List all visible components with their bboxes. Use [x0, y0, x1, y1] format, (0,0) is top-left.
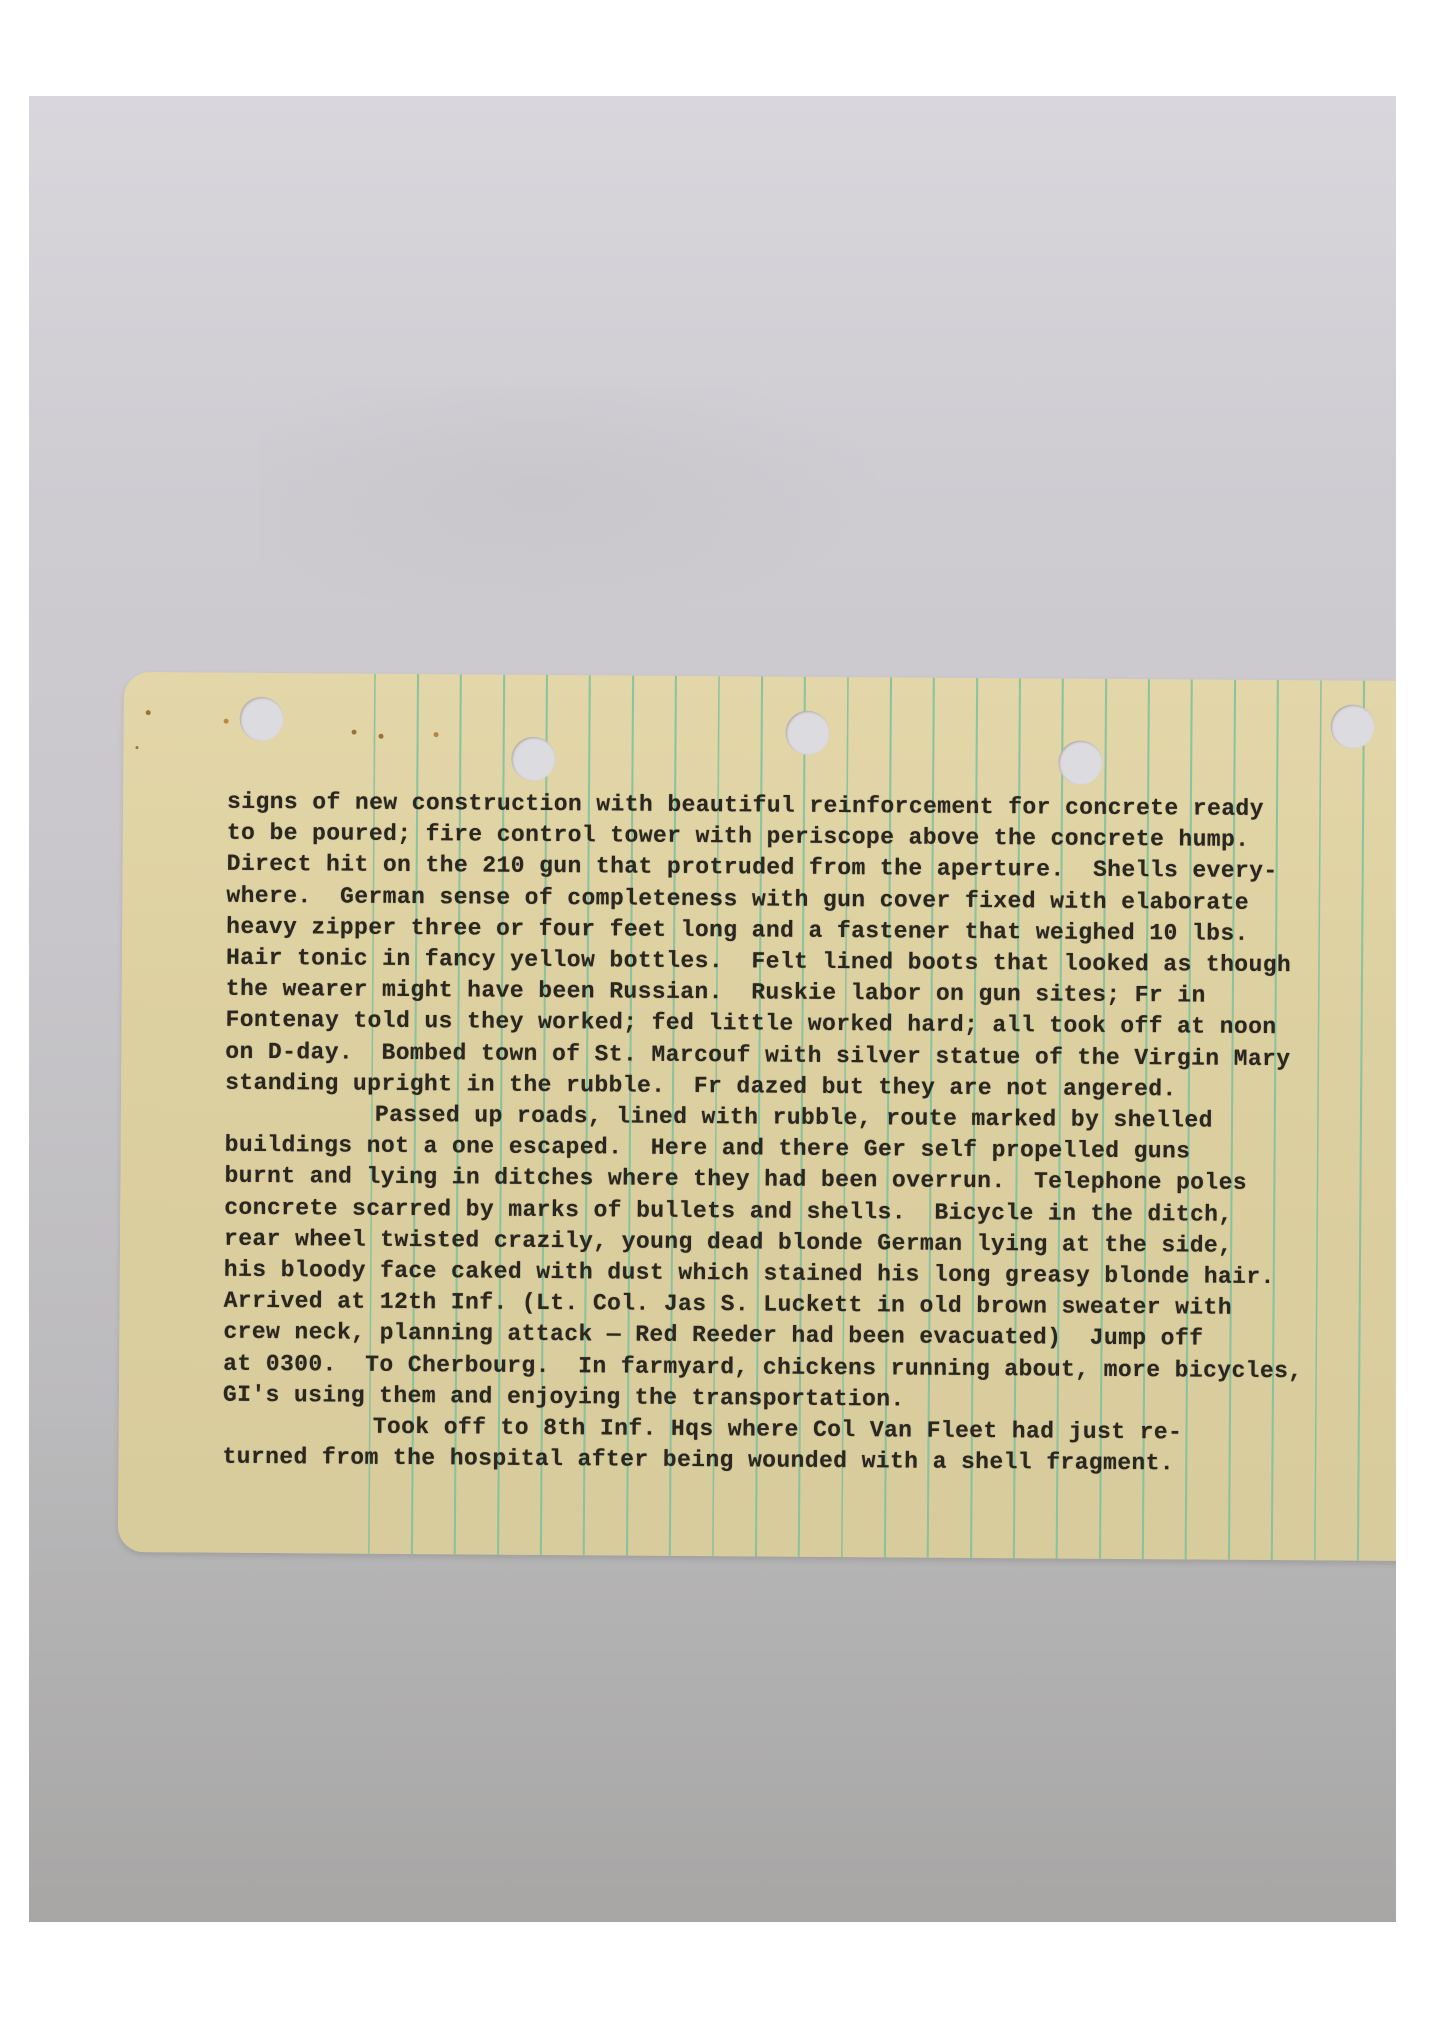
punch-hole [785, 711, 829, 755]
punch-hole [511, 737, 555, 781]
punch-hole [240, 697, 284, 741]
rust-spot [224, 719, 229, 724]
rust-spot [146, 710, 151, 715]
faint-ghost-heading [259, 386, 959, 646]
rust-spot [379, 734, 384, 739]
rust-spot [352, 730, 357, 735]
punch-hole [1330, 704, 1374, 748]
typed-text-body: signs of new construction with beautiful… [222, 787, 1396, 1482]
rust-spot [434, 732, 439, 737]
scanned-photo-background: signs of new construction with beautiful… [29, 96, 1396, 1922]
note-card: signs of new construction with beautiful… [118, 672, 1396, 1561]
rust-spot [135, 746, 138, 749]
punch-hole [1058, 741, 1102, 785]
